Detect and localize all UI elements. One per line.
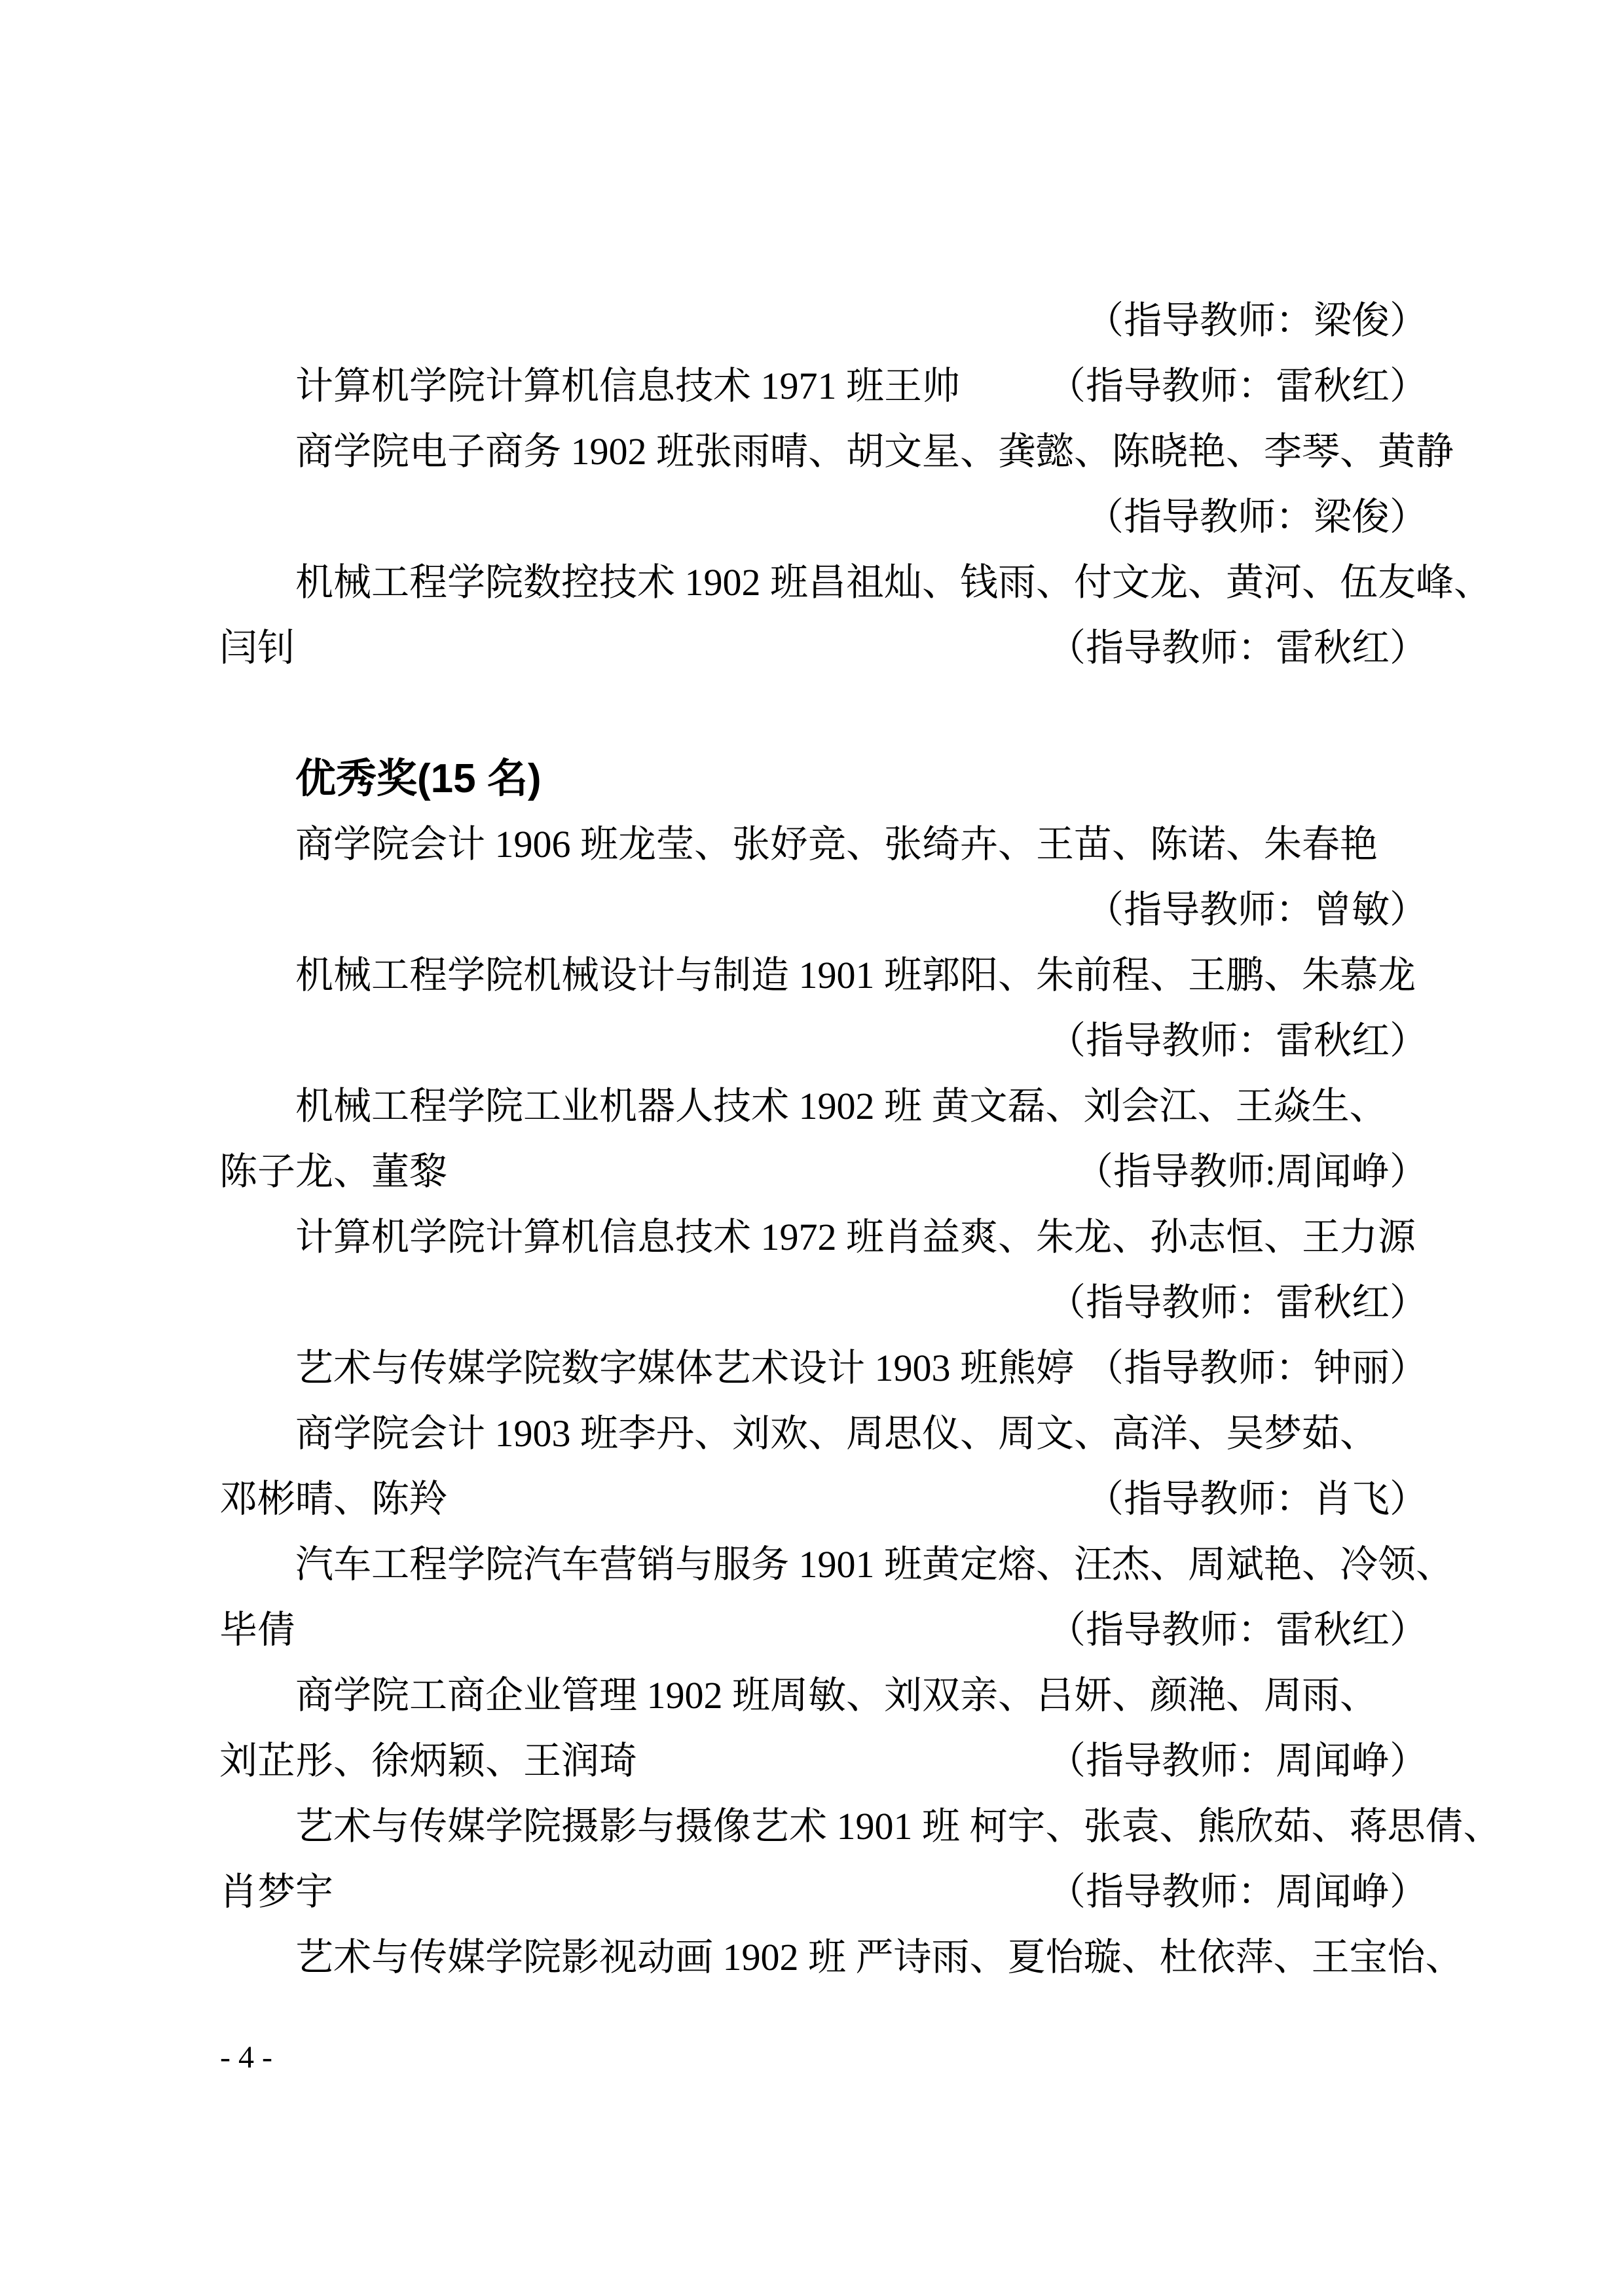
document-line: 陈子龙、董黎（指导教师:周闻峥） <box>219 1139 1428 1205</box>
teacher-credit-text: （指导教师：雷秋红） <box>1048 1270 1428 1336</box>
document-line: 商学院工商企业管理 1902 班周敏、刘双亲、吕妍、颜滟、周雨、 <box>219 1663 1428 1728</box>
page-number: - 4 - <box>220 2028 272 2087</box>
teacher-credit-text: （指导教师：雷秋红） <box>1048 615 1428 681</box>
section-heading-text: 优秀奖(15 名) <box>219 746 541 812</box>
teacher-credit-text: （指导教师：雷秋红） <box>1048 1008 1428 1074</box>
award-entry-text: 肖梦宇 <box>219 1859 333 1925</box>
document-line: 机械工程学院工业机器人技术 1902 班 黄文磊、刘会江、王焱生、 <box>219 1074 1428 1139</box>
award-entry-text: 陈子龙、董黎 <box>219 1139 447 1205</box>
award-entry-text: 计算机学院计算机信息技术 1972 班肖益爽、朱龙、孙志恒、王力源 <box>219 1205 1416 1270</box>
award-entry-text: 商学院电子商务 1902 班张雨晴、胡文星、龚懿、陈晓艳、李琴、黄静 <box>219 419 1454 484</box>
teacher-credit-text: （指导教师：雷秋红） <box>1048 354 1428 419</box>
blank-line <box>219 681 1428 746</box>
award-entry-text: 机械工程学院数控技术 1902 班昌祖灿、钱雨、付文龙、黄河、伍友峰、 <box>219 550 1492 615</box>
section-heading: 优秀奖(15 名) <box>219 746 1428 812</box>
teacher-credit-text: （指导教师：肖飞） <box>1086 1467 1428 1532</box>
document-line: 商学院会计 1903 班李丹、刘欢、周思仪、周文、高洋、吴梦茹、 <box>219 1401 1428 1467</box>
award-entry-text: 毕倩 <box>219 1597 295 1663</box>
document-line: 计算机学院计算机信息技术 1971 班王帅（指导教师：雷秋红） <box>219 354 1428 419</box>
document-line: 肖梦宇（指导教师：周闻峥） <box>219 1859 1428 1925</box>
document-line: （指导教师：梁俊） <box>219 288 1428 354</box>
teacher-credit-text: （指导教师:周闻峥） <box>1075 1139 1428 1205</box>
document-line: 刘芷彤、徐炳颖、王润琦（指导教师：周闻峥） <box>219 1728 1428 1794</box>
document-line: （指导教师：雷秋红） <box>219 1008 1428 1074</box>
document-line: 商学院会计 1906 班龙莹、张妤竞、张绮卉、王苗、陈诺、朱春艳 <box>219 812 1428 877</box>
award-entry-text: 艺术与传媒学院影视动画 1902 班 严诗雨、夏怡璇、杜依萍、王宝怡、 <box>219 1925 1464 1990</box>
award-entry-text: 邓彬晴、陈羚 <box>219 1467 447 1532</box>
document-line: 商学院电子商务 1902 班张雨晴、胡文星、龚懿、陈晓艳、李琴、黄静 <box>219 419 1428 484</box>
award-entry-text: 商学院会计 1906 班龙莹、张妤竞、张绮卉、王苗、陈诺、朱春艳 <box>219 812 1378 877</box>
document-line: 计算机学院计算机信息技术 1972 班肖益爽、朱龙、孙志恒、王力源 <box>219 1205 1428 1270</box>
document-line: 艺术与传媒学院数字媒体艺术设计 1903 班熊婷（指导教师：钟丽） <box>219 1336 1428 1401</box>
teacher-credit-text: （指导教师：梁俊） <box>1086 288 1428 354</box>
award-entry-text: 商学院工商企业管理 1902 班周敏、刘双亲、吕妍、颜滟、周雨、 <box>219 1663 1378 1728</box>
document-line: 毕倩（指导教师：雷秋红） <box>219 1597 1428 1663</box>
document-line: （指导教师：曾敏） <box>219 877 1428 943</box>
award-entry-text: 艺术与传媒学院摄影与摄像艺术 1901 班 柯宇、张袁、熊欣茹、蒋思倩、 <box>219 1794 1502 1859</box>
teacher-credit-text: （指导教师：周闻峥） <box>1048 1859 1428 1925</box>
document-line: 艺术与传媒学院影视动画 1902 班 严诗雨、夏怡璇、杜依萍、王宝怡、 <box>219 1925 1428 1990</box>
document-line: 邓彬晴、陈羚（指导教师：肖飞） <box>219 1467 1428 1532</box>
document-line: 机械工程学院数控技术 1902 班昌祖灿、钱雨、付文龙、黄河、伍友峰、 <box>219 550 1428 615</box>
document-line: 机械工程学院机械设计与制造 1901 班郭阳、朱前程、王鹏、朱慕龙 <box>219 943 1428 1008</box>
teacher-credit-text: （指导教师：梁俊） <box>1086 484 1428 550</box>
award-entry-text: 商学院会计 1903 班李丹、刘欢、周思仪、周文、高洋、吴梦茹、 <box>219 1401 1378 1467</box>
document-page: （指导教师：梁俊）计算机学院计算机信息技术 1971 班王帅（指导教师：雷秋红）… <box>0 0 1624 2296</box>
award-entry-text: 机械工程学院工业机器人技术 1902 班 黄文磊、刘会江、王焱生、 <box>219 1074 1388 1139</box>
document-line: （指导教师：雷秋红） <box>219 1270 1428 1336</box>
document-line: 汽车工程学院汽车营销与服务 1901 班黄定熔、汪杰、周斌艳、冷领、 <box>219 1532 1428 1597</box>
teacher-credit-text: （指导教师：周闻峥） <box>1048 1728 1428 1794</box>
award-entry-text: 刘芷彤、徐炳颖、王润琦 <box>219 1728 637 1794</box>
document-line: 闫钊（指导教师：雷秋红） <box>219 615 1428 681</box>
document-body: （指导教师：梁俊）计算机学院计算机信息技术 1971 班王帅（指导教师：雷秋红）… <box>219 288 1428 1990</box>
award-entry-text: 艺术与传媒学院数字媒体艺术设计 1903 班熊婷 <box>219 1336 1074 1401</box>
document-line: 艺术与传媒学院摄影与摄像艺术 1901 班 柯宇、张袁、熊欣茹、蒋思倩、 <box>219 1794 1428 1859</box>
award-entry-text: 汽车工程学院汽车营销与服务 1901 班黄定熔、汪杰、周斌艳、冷领、 <box>219 1532 1454 1597</box>
award-entry-text: 闫钊 <box>219 615 295 681</box>
award-entry-text: 计算机学院计算机信息技术 1971 班王帅 <box>219 354 960 419</box>
award-entry-text: 机械工程学院机械设计与制造 1901 班郭阳、朱前程、王鹏、朱慕龙 <box>219 943 1416 1008</box>
teacher-credit-text: （指导教师：曾敏） <box>1086 877 1428 943</box>
document-line: （指导教师：梁俊） <box>219 484 1428 550</box>
teacher-credit-text: （指导教师：钟丽） <box>1086 1336 1428 1401</box>
teacher-credit-text: （指导教师：雷秋红） <box>1048 1597 1428 1663</box>
